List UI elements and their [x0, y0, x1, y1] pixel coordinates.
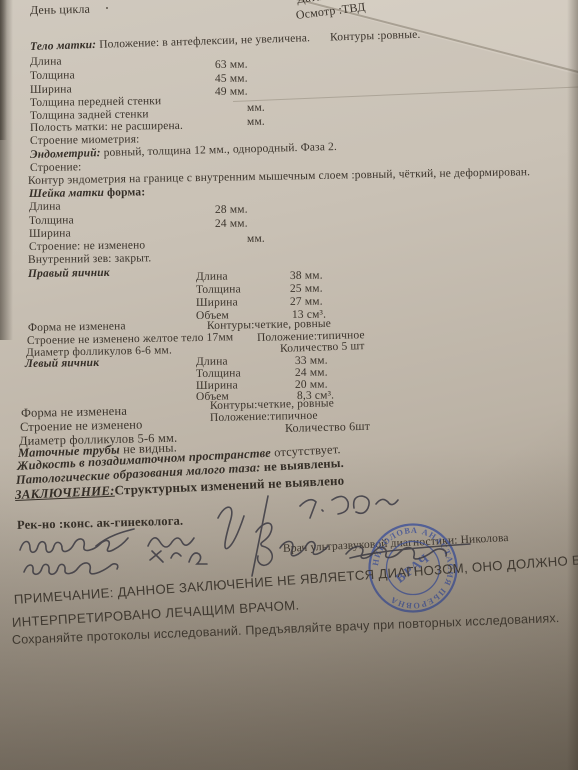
- uterus-contours: Контуры :ровные.: [330, 29, 421, 44]
- right-ovary-count: Количество 5 шт: [280, 340, 365, 356]
- uterus-thickness-value: 45 мм.: [215, 73, 248, 86]
- right-ovary-length-label: Длина: [196, 271, 228, 284]
- right-ovary-thickness-value: 25 мм.: [290, 283, 323, 296]
- ultrasound-report-photo: День цикла Дата и Осмотр :ТВД Тело матки…: [0, 0, 578, 770]
- endometrium-structure: Строение:: [30, 161, 82, 174]
- uterus-thickness-label: Толщина: [30, 69, 75, 82]
- cervix-form-label: форма:: [107, 186, 145, 199]
- cervix-internal-os: Внутренний зев: закрыт.: [28, 252, 152, 266]
- uterus-width-value: 49 мм.: [215, 86, 248, 99]
- left-ovary-title: Левый яичник: [25, 357, 99, 371]
- cervix-length-value: 28 мм.: [215, 204, 248, 217]
- cervix-title: Шейка матки: [29, 187, 104, 200]
- cervix-line: Шейка матки форма:: [29, 186, 145, 200]
- uterus-length-value: 63 мм.: [215, 59, 248, 72]
- uterus-position: Положение: в антефлексии, не увеличена.: [99, 32, 310, 51]
- right-ovary-form: Форма не изменена: [28, 320, 126, 334]
- right-ovary-thickness-label: Толщина: [196, 283, 241, 296]
- right-ovary-width-value: 27 мм.: [290, 296, 323, 309]
- endometrium-contour: Контур эндометрия на границе с внутренни…: [28, 166, 530, 187]
- paper-fold-line: [233, 86, 578, 102]
- paper-edge-right: [567, 0, 578, 770]
- paper-edge-left-dark: [0, 0, 7, 140]
- right-ovary-length-value: 38 мм.: [290, 270, 323, 283]
- uterus-cavity: Полость матки: не расширена.: [30, 120, 183, 135]
- day-cycle-label: День цикла: [30, 3, 90, 17]
- endometrium-title: Эндометрий:: [30, 147, 101, 161]
- cervix-length-label: Длина: [29, 201, 61, 214]
- cervix-thickness-value: 24 мм.: [215, 218, 248, 231]
- right-ovary-title: Правый яичник: [28, 267, 110, 281]
- cervix-structure: Строение: не изменено: [29, 239, 145, 253]
- uterus-width-label: Ширина: [30, 83, 72, 96]
- uterus-title: Тело матки:: [30, 39, 97, 53]
- cervix-width-label: Ширина: [29, 227, 71, 240]
- right-ovary-width-label: Ширина: [196, 296, 238, 309]
- cervix-width-value: мм.: [247, 233, 265, 246]
- ink-speck: [106, 7, 108, 9]
- uterus-front-wall-value: мм.: [247, 102, 265, 115]
- left-ovary-count: Количество 6шт: [285, 420, 370, 435]
- uterus-back-wall-value: мм.: [247, 116, 265, 129]
- uterus-myometrium: Строение миометрия:: [30, 133, 140, 147]
- uterus-line: Тело матки: Положение: в антефлексии, не…: [30, 29, 421, 54]
- pathology-value: не выявлены.: [263, 456, 344, 474]
- uterus-length-label: Длина: [30, 56, 62, 69]
- cervix-thickness-label: Толщина: [29, 214, 74, 227]
